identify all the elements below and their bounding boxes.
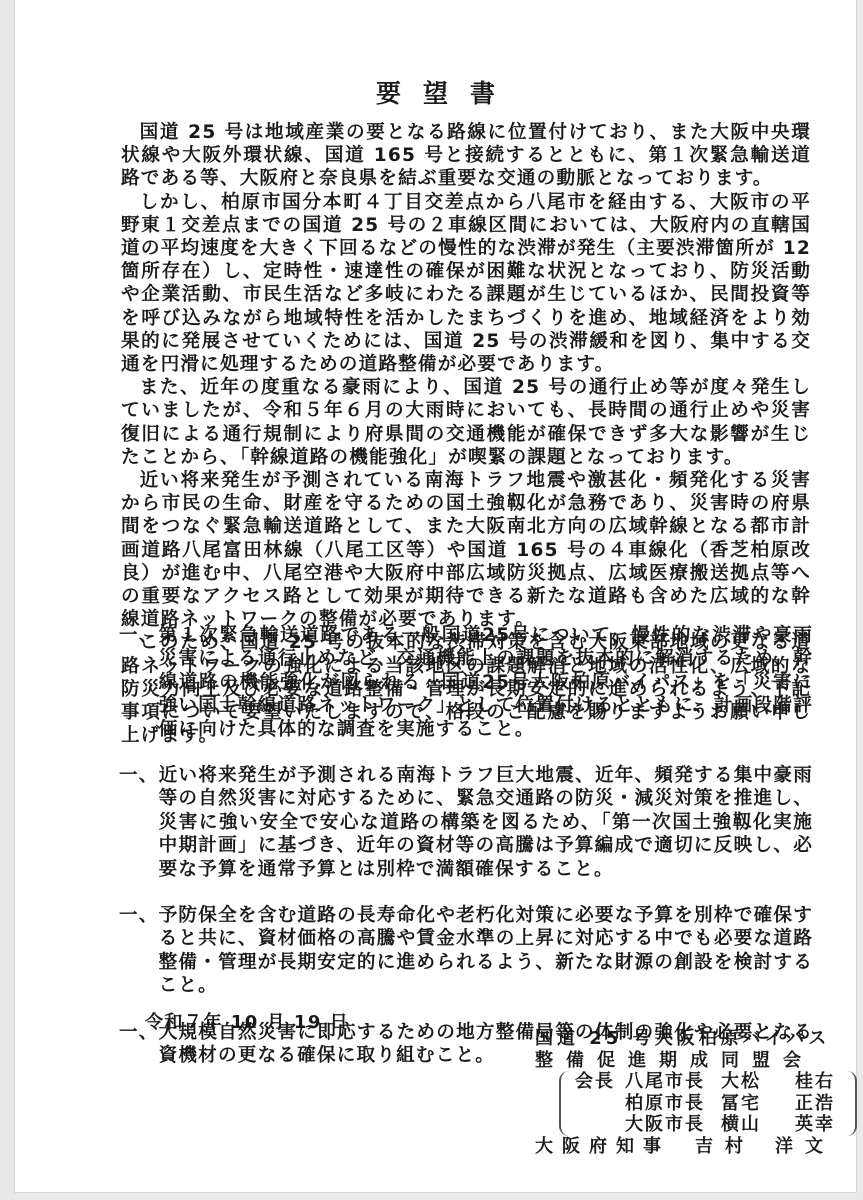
signature-block: 国道 25 号大阪柏原バイパス 整備促進期成同盟会 会長 八尾市長 大松 桂右 … [535,1028,835,1157]
paragraph: 国道 25 号は地域産業の要となる路線に位置付けており、また大阪中央環状線や大阪… [121,121,811,191]
organization-name-line1: 国道 25 号大阪柏原バイパス [535,1028,835,1050]
request-item: 一、 予防保全を含む道路の長寿命化や老朽化対策に必要な予算を別枠で確保すると共に… [119,904,813,998]
member-role: 会長 [575,1071,625,1093]
governor-row: 大阪府知事 吉村 洋文 [535,1136,835,1158]
document-page: 要望書 国道 25 号は地域産業の要となる路線に位置付けており、また大阪中央環状… [14,0,857,1193]
members-bracket: 会長 八尾市長 大松 桂右 柏原市長 冨宅 正浩 大阪市長 横山 英幸 [559,1071,857,1136]
item-text: 近い将来発生が予測される南海トラフ巨大地震、近年、頻発する集中豪雨等の自然災害に… [159,764,813,881]
member-role [575,1114,625,1136]
member-given-name: 正浩 [789,1093,835,1115]
member-office: 八尾市長 [625,1071,721,1093]
item-marker: 一、 [119,904,159,998]
member-role [575,1093,625,1115]
request-item: 一、 近い将来発生が予測される南海トラフ巨大地震、近年、頻発する集中豪雨等の自然… [119,764,813,881]
paragraph: また、近年の度重なる豪雨により、国道 25 号の通行止め等が度々発生していました… [121,376,811,469]
member-given-name: 英幸 [789,1114,835,1136]
governor-given-name: 洋文 [755,1136,835,1158]
member-row: 柏原市長 冨宅 正浩 [575,1093,837,1115]
organization-name-line2: 整備促進期成同盟会 [535,1050,835,1072]
member-family-name: 横山 [721,1114,789,1136]
member-office: 柏原市長 [625,1093,721,1115]
paragraph: しかし、柏原市国分本町４丁目交差点から八尾市を経由する、大阪市の平野東１交差点ま… [121,191,811,377]
member-office: 大阪市長 [625,1114,721,1136]
member-row: 大阪市長 横山 英幸 [575,1114,837,1136]
item-text: 第１次緊急輸送道路である一般国道25号について、慢性的な渋滞や豪雨災害による通行… [159,624,813,741]
governor-office: 大阪府知事 [535,1136,685,1158]
item-marker: 一、 [119,624,159,741]
item-marker: 一、 [119,764,159,881]
member-given-name: 桂右 [789,1071,835,1093]
governor-family-name: 吉村 [685,1136,755,1158]
member-row: 会長 八尾市長 大松 桂右 [575,1071,837,1093]
member-family-name: 冨宅 [721,1093,789,1115]
document-date: 令和７年 10 月 19 日 [145,1008,349,1034]
request-item: 一、 第１次緊急輸送道路である一般国道25号について、慢性的な渋滞や豪雨災害によ… [119,624,813,741]
document-title: 要望書 [15,74,856,110]
member-family-name: 大松 [721,1071,789,1093]
paragraph: 近い将来発生が予測されている南海トラフ地震や激甚化・頻発化する災害から市民の生命… [121,469,811,631]
item-text: 予防保全を含む道路の長寿命化や老朽化対策に必要な予算を別枠で確保すると共に、資材… [159,904,813,998]
